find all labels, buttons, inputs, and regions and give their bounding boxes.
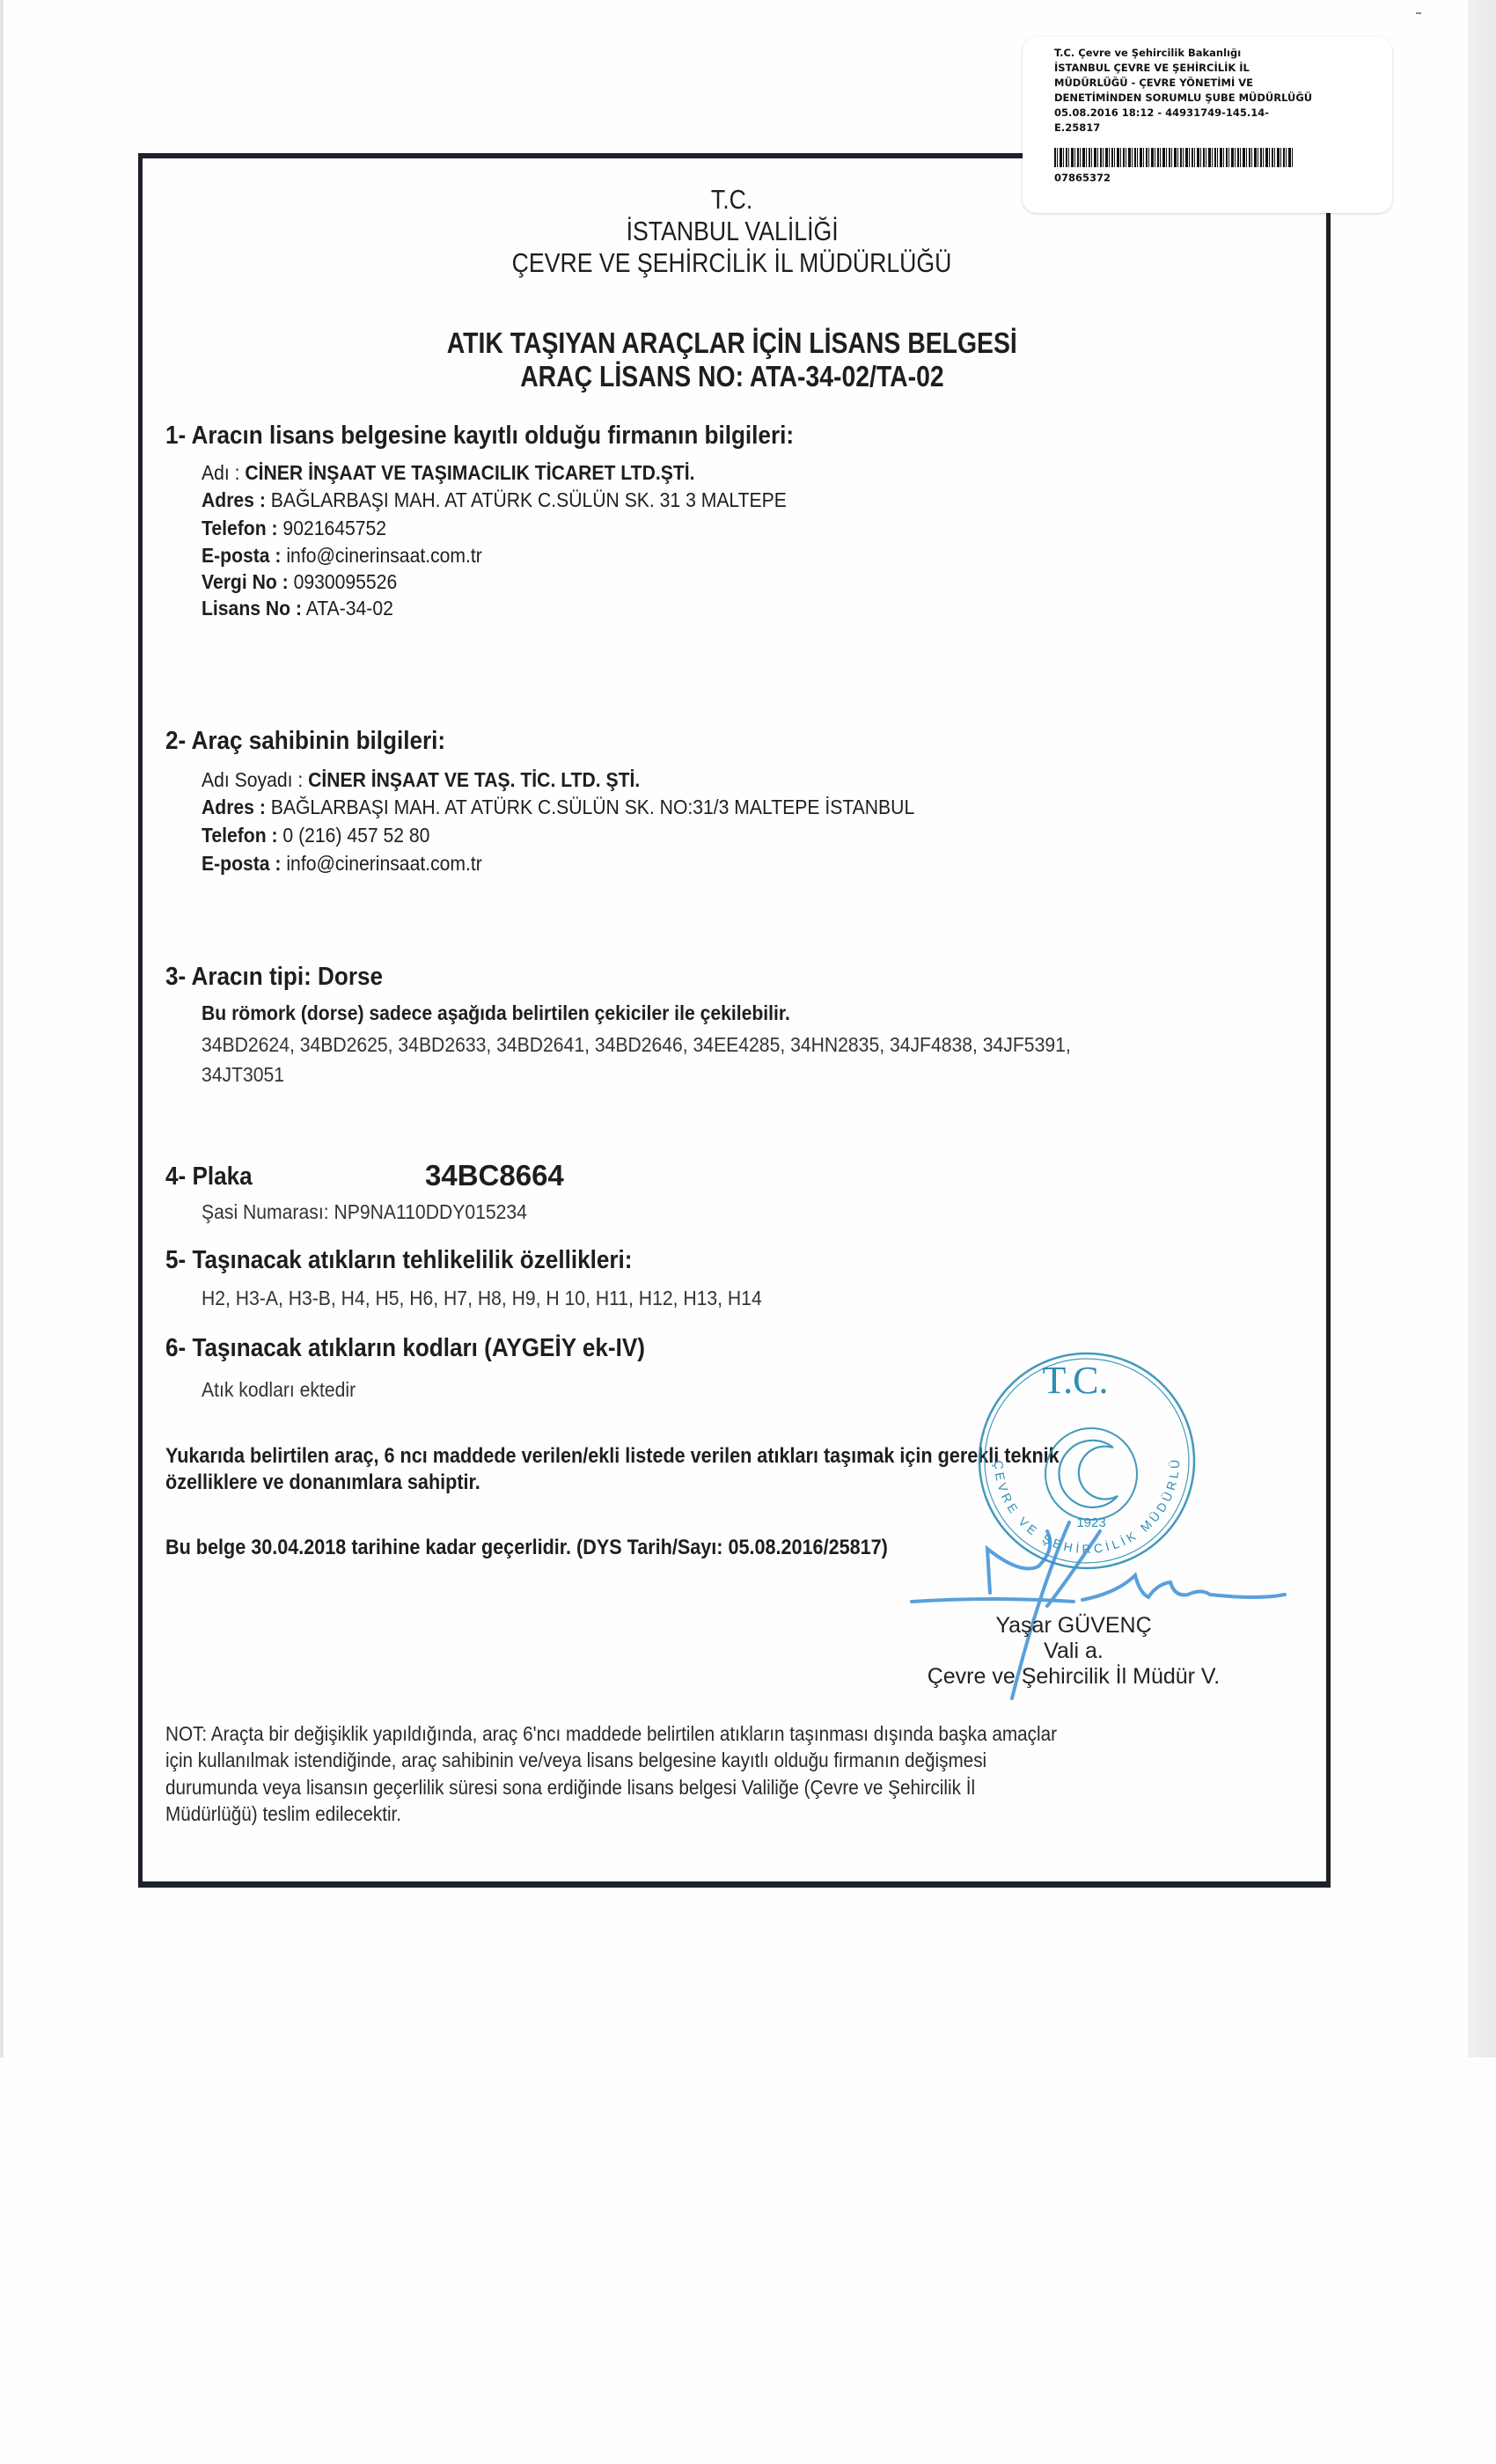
sticker-line: T.C. Çevre ve Şehircilik Bakanlığı [1054, 46, 1312, 61]
validity-statement: Bu belge 30.04.2018 tarihine kadar geçer… [165, 1536, 888, 1560]
section-1-heading: 1- Aracın lisans belgesine kayıtlı olduğ… [165, 422, 794, 451]
owner-email: E-posta : info@cinerinsaat.com.tr [202, 852, 482, 876]
scan-edge [0, 0, 4, 2057]
document-title: ATIK TAŞIYAN ARAÇLAR İÇİN LİSANS BELGESİ [138, 327, 1326, 359]
section-6-heading: 6- Taşınacak atıkların kodları (AYGEİY e… [165, 1334, 645, 1363]
sticker-line: 05.08.2016 18:12 - 44931749-145.14- [1054, 106, 1312, 121]
plate-number: 34BC8664 [425, 1159, 564, 1192]
license-number: ARAÇ LİSANS NO: ATA-34-02/TA-02 [138, 361, 1326, 392]
svg-text:T.C.: T.C. [1043, 1359, 1109, 1402]
firm-tax-no: Vergi No : 0930095526 [202, 570, 397, 594]
header-tc: T.C. [138, 184, 1326, 216]
section-4-heading: 4- Plaka [165, 1162, 253, 1192]
owner-phone: Telefon : 0 (216) 457 52 80 [202, 824, 429, 847]
firm-address: Adres : BAĞLARBAŞI MAH. AT ATÜRK C.SÜLÜN… [202, 488, 787, 512]
signatory-title: Çevre ve Şehircilik İl Müdür V. [880, 1664, 1267, 1690]
firm-email: E-posta : info@cinerinsaat.com.tr [202, 544, 482, 568]
compliance-statement: Yukarıda belirtilen araç, 6 ncı maddede … [165, 1444, 1060, 1469]
section-2-heading: 2- Araç sahibinin bilgileri: [165, 727, 445, 756]
waste-codes-note: Atık kodları ektedir [202, 1378, 356, 1402]
note-line: için kullanılmak istendiğinde, araç sahi… [165, 1749, 986, 1772]
hazard-codes: H2, H3-A, H3-B, H4, H5, H6, H7, H8, H9, … [202, 1287, 762, 1310]
header-governorship: İSTANBUL VALİLİĞİ [138, 216, 1326, 247]
sticker-line: MÜDÜRLÜĞÜ - ÇEVRE YÖNETİMİ VE [1054, 76, 1312, 91]
chassis-number: Şasi Numarası: NP9NA110DDY015234 [202, 1200, 527, 1224]
note-line: durumunda veya lisansın geçerlilik süres… [165, 1776, 975, 1800]
compliance-statement-cont: özelliklere ve donanımlara sahiptir. [165, 1470, 480, 1495]
trailer-restriction: Bu römork (dorse) sadece aşağıda belirti… [202, 1001, 790, 1025]
signatory-name: Yaşar GÜVENÇ [880, 1613, 1267, 1639]
note-line: Müdürlüğü) teslim edilecektir. [165, 1802, 401, 1826]
sticker-line: İSTANBUL ÇEVRE VE ŞEHİRCİLİK İL [1054, 61, 1312, 76]
owner-name: Adı Soyadı : CİNER İNŞAAT VE TAŞ. TİC. L… [202, 768, 640, 792]
scan-mark [1416, 12, 1421, 14]
section-5-heading: 5- Taşınacak atıkların tehlikelilik özel… [165, 1246, 632, 1275]
signatory-role: Vali a. [880, 1639, 1267, 1664]
note-line: NOT: Araçta bir değişiklik yapıldığında,… [165, 1722, 1057, 1746]
header-directorate: ÇEVRE VE ŞEHİRCİLİK İL MÜDÜRLÜĞÜ [138, 247, 1326, 279]
scan-edge [1468, 0, 1496, 2057]
firm-phone: Telefon : 9021645752 [202, 517, 386, 540]
sticker-line: DENETİMİNDEN SORUMLU ŞUBE MÜDÜRLÜĞÜ [1054, 91, 1312, 106]
firm-name: Adı : CİNER İNŞAAT VE TAŞIMACILIK TİCARE… [202, 461, 695, 485]
owner-address: Adres : BAĞLARBAŞI MAH. AT ATÜRK C.SÜLÜN… [202, 796, 914, 819]
tractor-plates-cont: 34JT3051 [202, 1063, 284, 1087]
firm-license-no: Lisans No : ATA-34-02 [202, 597, 393, 620]
section-3-heading: 3- Aracın tipi: Dorse [165, 963, 383, 992]
barcode-icon [1054, 148, 1294, 167]
tractor-plates: 34BD2624, 34BD2625, 34BD2633, 34BD2641, … [202, 1033, 1071, 1057]
sticker-line: E.25817 [1054, 121, 1312, 136]
